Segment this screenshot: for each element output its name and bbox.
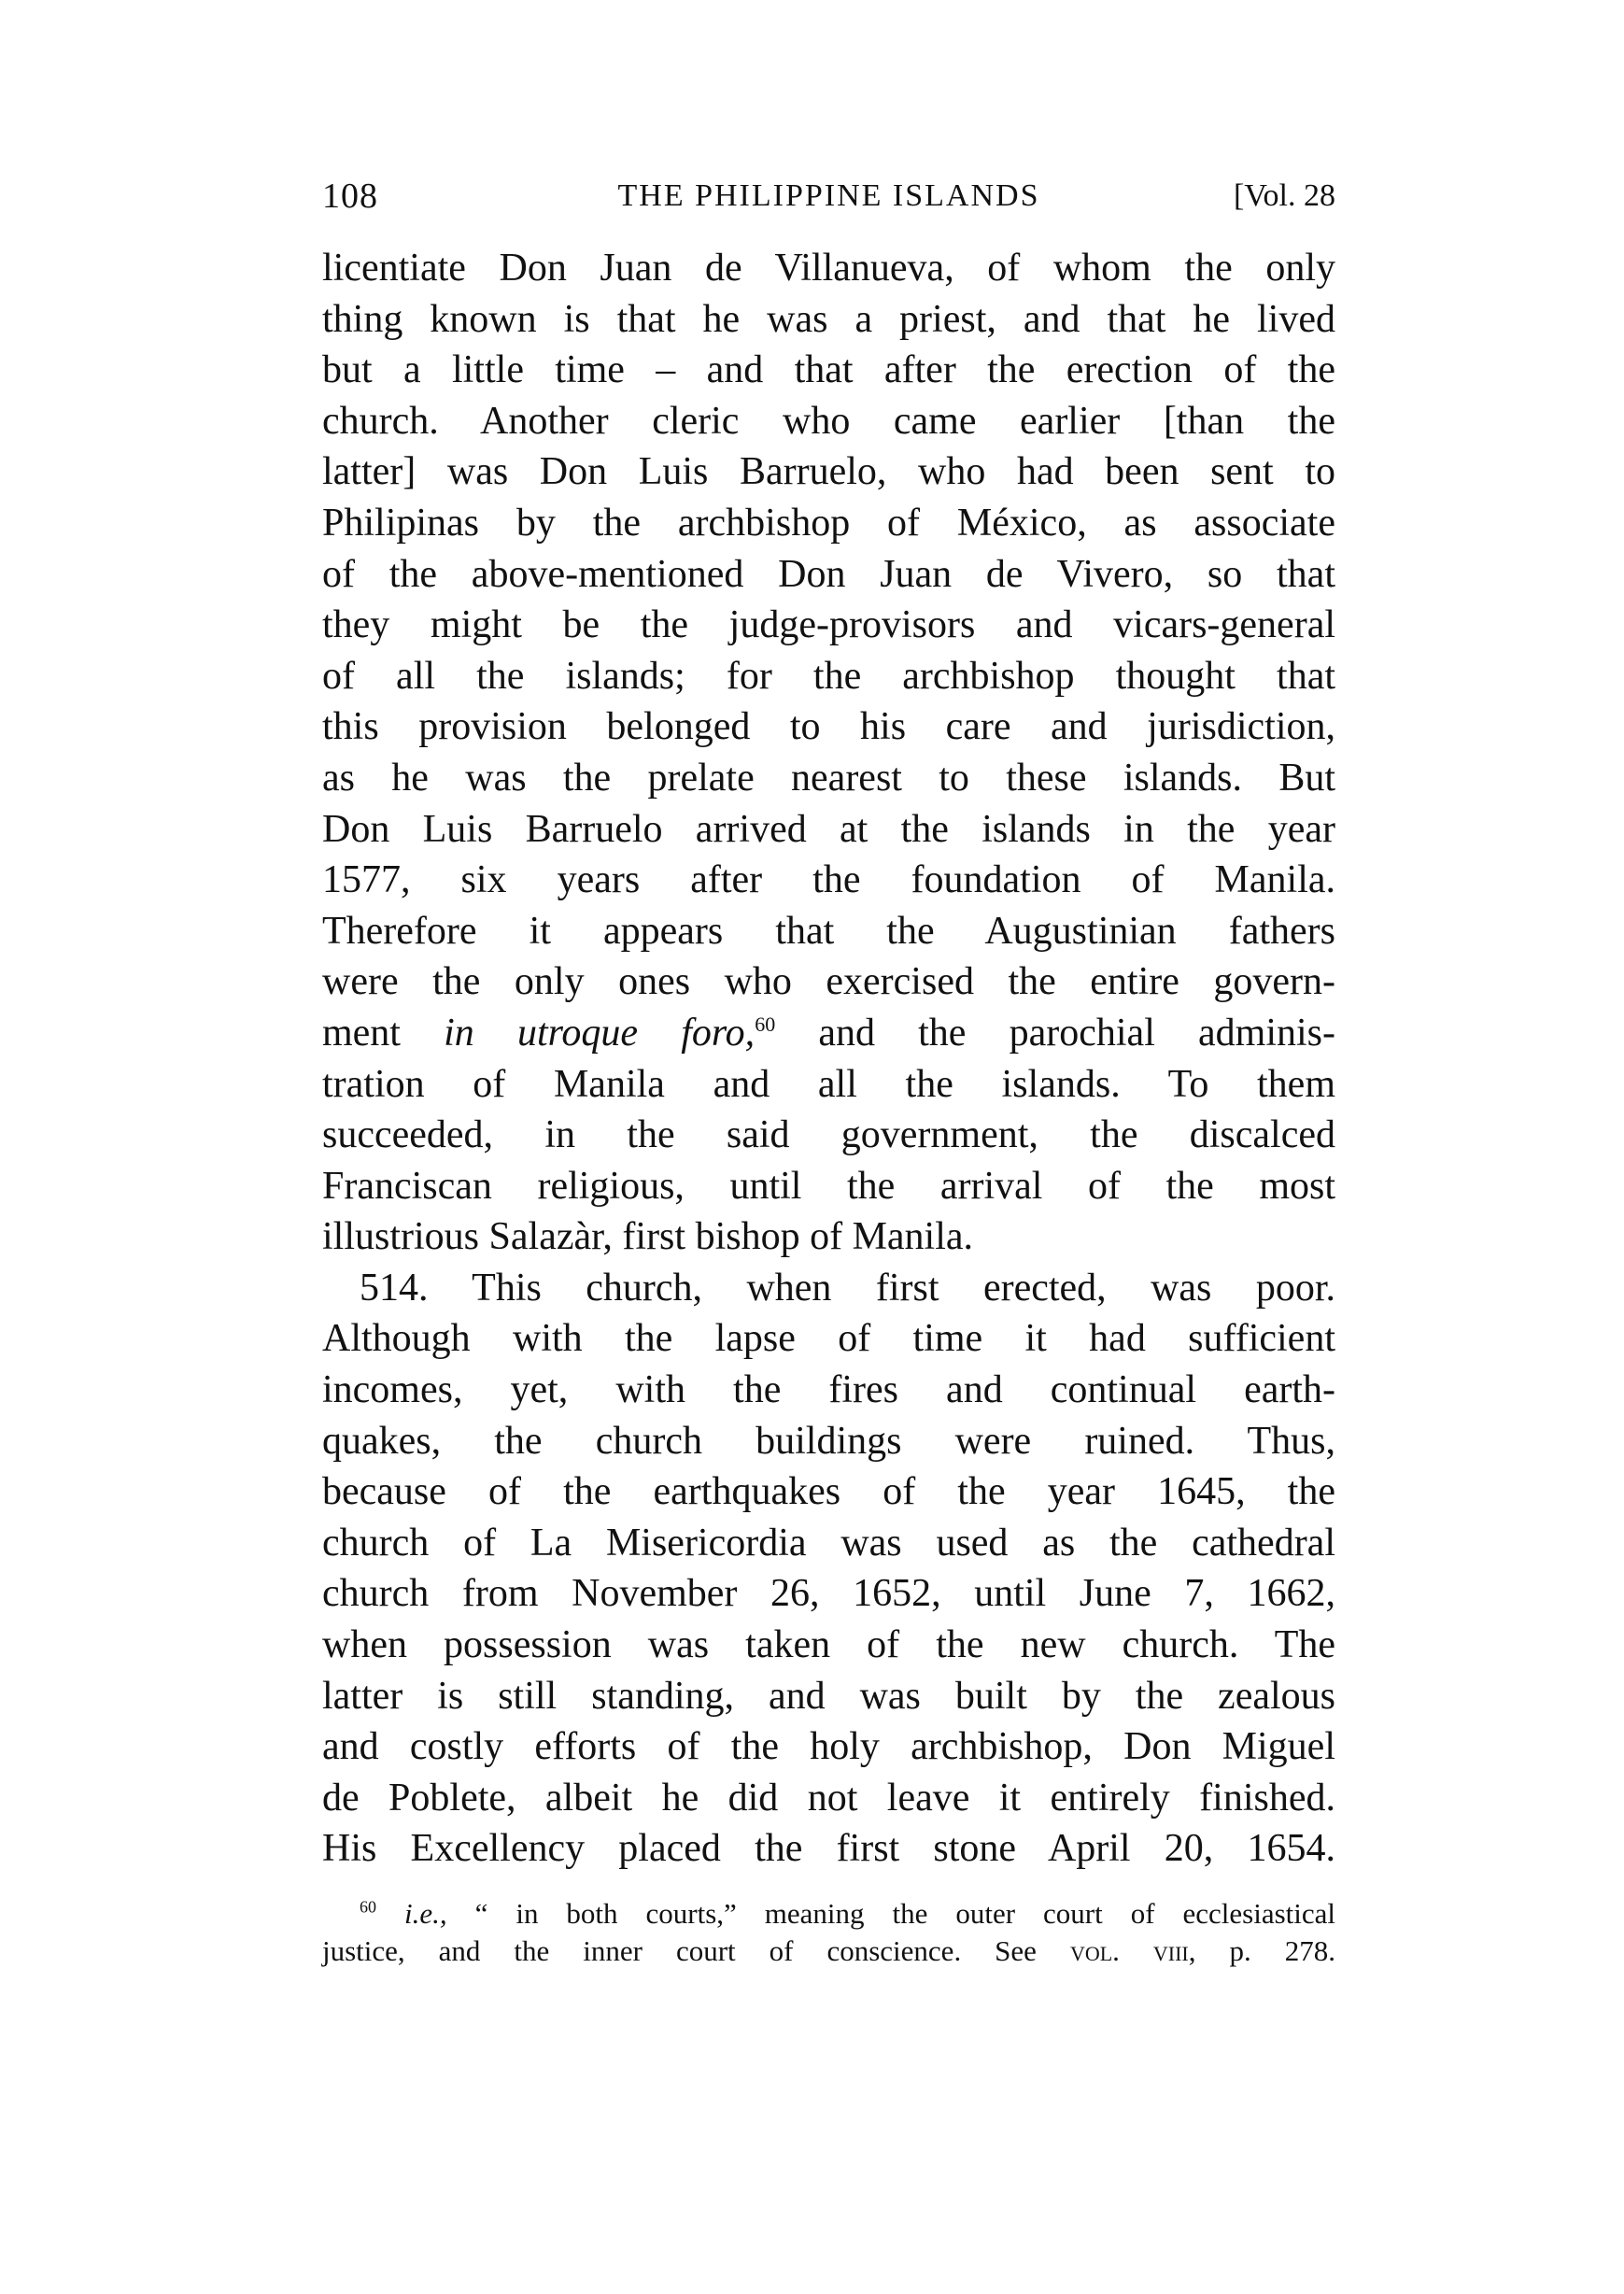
text-line: de Poblete, albeit he did not leave it e… bbox=[322, 1773, 1335, 1824]
text-line-with-footnote: ment in utroque foro,60 and the parochia… bbox=[322, 1008, 1335, 1059]
text-line: but a little time – and that after the e… bbox=[322, 345, 1335, 396]
text-line: latter is still standing, and was built … bbox=[322, 1671, 1335, 1722]
footnote-line: 60 i.e., “ in both courts,” meaning the … bbox=[322, 1895, 1335, 1933]
text-line: incomes, yet, with the fires and continu… bbox=[322, 1365, 1335, 1416]
text-line: illustrious Salazàr, first bishop of Man… bbox=[322, 1211, 1335, 1263]
text-line: they might be the judge-provisors and vi… bbox=[322, 600, 1335, 651]
footnote-mark: 60 bbox=[360, 1898, 376, 1917]
footnote-text: “ in both courts,” meaning the outer cou… bbox=[447, 1897, 1335, 1930]
text-line: and costly efforts of the holy archbisho… bbox=[322, 1721, 1335, 1773]
text-line: Franciscan religious, until the arrival … bbox=[322, 1161, 1335, 1212]
volume-label: [Vol. 28 bbox=[1234, 168, 1335, 224]
text-line: 1577, six years after the foundation of … bbox=[322, 855, 1335, 906]
text-line: church. Another cleric who came earlier … bbox=[322, 396, 1335, 447]
text-line: Philipinas by the archbishop of México, … bbox=[322, 498, 1335, 549]
book-page: 108 THE PHILIPPINE ISLANDS [Vol. 28 lice… bbox=[322, 168, 1335, 1970]
paragraph-continued: licentiate Don Juan de Villanueva, of wh… bbox=[322, 243, 1335, 1263]
text-line: succeeded, in the said government, the d… bbox=[322, 1110, 1335, 1161]
footnote-reference[interactable]: 60 bbox=[755, 1012, 775, 1036]
text-line: of all the islands; for the archbishop t… bbox=[322, 651, 1335, 702]
text-line: quakes, the church buildings were ruined… bbox=[322, 1416, 1335, 1467]
text-line: Don Luis Barruelo arrived at the islands… bbox=[322, 804, 1335, 856]
text-line: this provision belonged to his care and … bbox=[322, 701, 1335, 753]
text-line: tration of Manila and all the islands. T… bbox=[322, 1059, 1335, 1111]
body-text: licentiate Don Juan de Villanueva, of wh… bbox=[322, 243, 1335, 1875]
text-line: of the above-mentioned Don Juan de Viver… bbox=[322, 549, 1335, 601]
text-fragment: ment bbox=[322, 1012, 444, 1055]
footnote-text: justice, and the inner court of conscien… bbox=[322, 1934, 1070, 1967]
text-fragment: and the parochial adminis- bbox=[775, 1012, 1335, 1055]
text-line: 514. This church, when first erected, wa… bbox=[322, 1263, 1335, 1314]
footnote-60: 60 i.e., “ in both courts,” meaning the … bbox=[322, 1895, 1335, 1970]
text-line: licentiate Don Juan de Villanueva, of wh… bbox=[322, 243, 1335, 294]
text-line: His Excellency placed the first stone Ap… bbox=[322, 1823, 1335, 1875]
text-line: as he was the prelate nearest to these i… bbox=[322, 753, 1335, 804]
footnote-text: , p. 278. bbox=[1189, 1934, 1335, 1967]
text-line: because of the earthquakes of the year 1… bbox=[322, 1466, 1335, 1518]
running-head: 108 THE PHILIPPINE ISLANDS [Vol. 28 bbox=[322, 168, 1335, 224]
text-line: were the only ones who exercised the ent… bbox=[322, 956, 1335, 1008]
text-line: latter] was Don Luis Barruelo, who had b… bbox=[322, 446, 1335, 498]
text-line: Therefore it appears that the Augustinia… bbox=[322, 906, 1335, 957]
running-title: THE PHILIPPINE ISLANDS bbox=[322, 168, 1335, 224]
text-line: church from November 26, 1652, until Jun… bbox=[322, 1568, 1335, 1620]
text-line: when possession was taken of the new chu… bbox=[322, 1620, 1335, 1671]
text-line: thing known is that he was a priest, and… bbox=[322, 294, 1335, 346]
text-line: Although with the lapse of time it had s… bbox=[322, 1313, 1335, 1365]
footnote-abbrev: i.e., bbox=[404, 1897, 447, 1930]
footnote-line: justice, and the inner court of conscien… bbox=[322, 1933, 1335, 1970]
volume-reference: vol. viii bbox=[1070, 1934, 1189, 1967]
latin-phrase: in utroque foro, bbox=[444, 1012, 755, 1055]
paragraph-514: 514. This church, when first erected, wa… bbox=[322, 1263, 1335, 1875]
text-line: church of La Misericordia was used as th… bbox=[322, 1518, 1335, 1569]
